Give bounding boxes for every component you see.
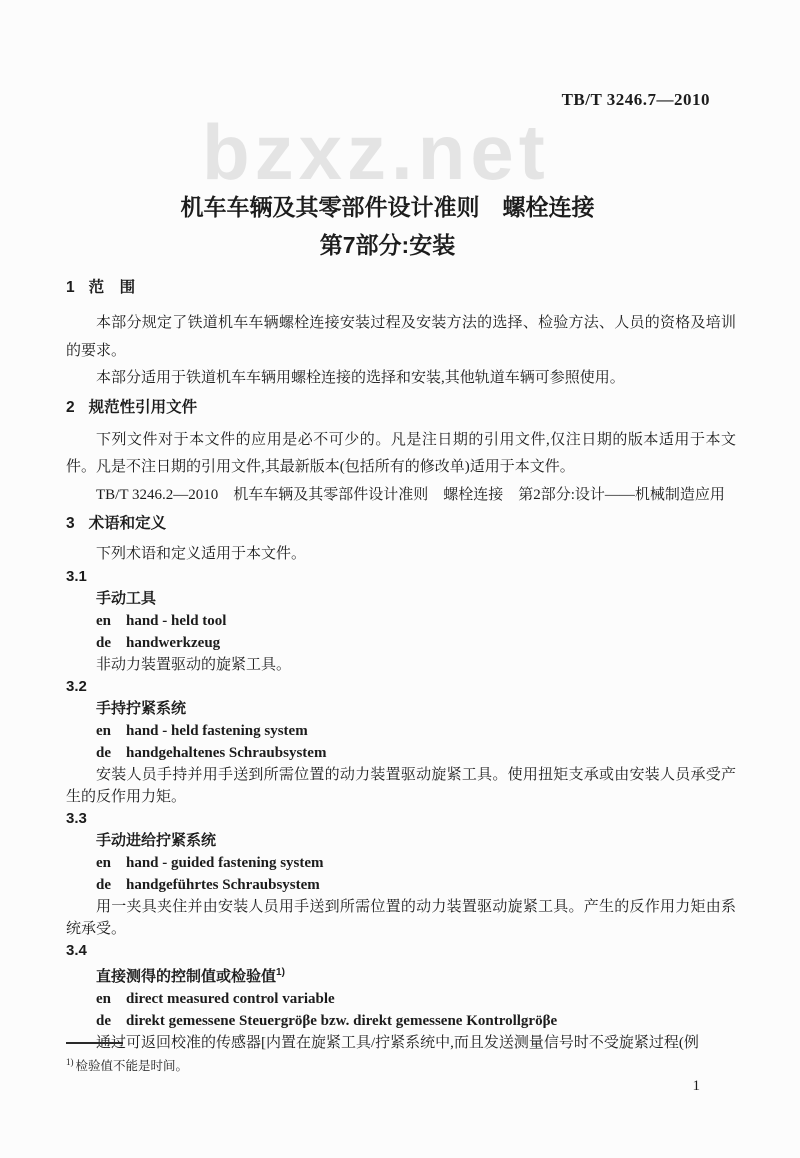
term-id: 3.4 [66, 940, 736, 962]
term-3-1: 3.1 手动工具 enhand - held tool dehandwerkze… [66, 566, 736, 676]
section-2-title: 规范性引用文件 [89, 399, 198, 416]
section-1-heading: 1范 围 [66, 278, 736, 298]
term-3-4: 3.4 直接测得的控制值或检验值1) endirect measured con… [66, 940, 736, 1054]
term-en-line: enhand - held fastening system [66, 720, 736, 742]
section-3-title: 术语和定义 [89, 515, 167, 532]
section-2-reference: TB/T 3246.2—2010 机车车辆及其零部件设计准则 螺栓连接 第2部分… [66, 482, 736, 510]
section-1-paragraph-1: 本部分规定了铁道机车车辆螺栓连接安装过程及安装方法的选择、检验方法、人员的资格及… [66, 310, 736, 365]
term-en-line: enhand - held tool [66, 610, 736, 632]
section-3-heading: 3术语和定义 [66, 514, 736, 534]
term-en-text: hand - held fastening system [126, 723, 308, 739]
term-de-text: handwerkzeug [126, 635, 220, 651]
lang-label-en: en [96, 988, 126, 1010]
section-2-paragraph-1: 下列文件对于本文件的应用是必不可少的。凡是注日期的引用文件,仅注日期的版本适用于… [66, 427, 736, 482]
term-en-text: hand - held tool [126, 613, 226, 629]
term-de-line: dedirekt gemessene Steuergröβe bzw. dire… [66, 1010, 736, 1032]
term-en-line: enhand - guided fastening system [66, 852, 736, 874]
footnote-text: 检验值不能是时间。 [76, 1059, 189, 1073]
lang-label-en: en [96, 852, 126, 874]
term-de-line: dehandgeführtes Schraubsystem [66, 874, 736, 896]
term-en-text: direct measured control variable [126, 991, 335, 1007]
term-de-text: handgehaltenes Schraubsystem [126, 745, 326, 761]
term-de-line: dehandgehaltenes Schraubsystem [66, 742, 736, 764]
term-en-text: hand - guided fastening system [126, 855, 324, 871]
section-1-title: 范 围 [89, 279, 136, 296]
section-1-paragraph-2: 本部分适用于铁道机车车辆用螺栓连接的选择和安装,其他轨道车辆可参照使用。 [66, 365, 736, 393]
lang-label-de: de [96, 1010, 126, 1032]
document-title-line2: 第7部分:安装 [0, 230, 775, 260]
section-3-intro: 下列术语和定义适用于本文件。 [66, 542, 736, 566]
footnote-marker-superscript: 1) [276, 967, 285, 978]
term-definition: 非动力装置驱动的旋紧工具。 [66, 654, 736, 676]
term-definition: 安装人员手持并用手送到所需位置的动力装置驱动旋紧工具。使用扭矩支承或由安装人员承… [66, 764, 736, 808]
lang-label-de: de [96, 742, 126, 764]
term-de-text: handgeführtes Schraubsystem [126, 877, 320, 893]
section-2-number: 2 [66, 398, 75, 418]
term-zh-name: 直接测得的控制值或检验值1) [66, 962, 736, 988]
standard-number: TB/T 3246.7—2010 [562, 89, 710, 111]
footnote-marker: 1) [66, 1057, 74, 1067]
term-de-text: direkt gemessene Steuergröβe bzw. direkt… [126, 1013, 557, 1029]
term-en-line: endirect measured control variable [66, 988, 736, 1010]
lang-label-en: en [96, 720, 126, 742]
term-zh-text: 直接测得的控制值或检验值 [96, 968, 276, 985]
footnote: 1)检验值不能是时间。 [66, 1053, 188, 1075]
term-3-2: 3.2 手持拧紧系统 enhand - held fastening syste… [66, 676, 736, 808]
term-zh-name: 手持拧紧系统 [66, 698, 736, 720]
term-definition: 通过可返回校准的传感器[内置在旋紧工具/拧紧系统中,而且发送测量信号时不受旋紧过… [66, 1032, 736, 1054]
term-zh-name: 手动进给拧紧系统 [66, 830, 736, 852]
document-page: TB/T 3246.7—2010 bzxz.net 机车车辆及其零部件设计准则 … [0, 0, 800, 1158]
term-id: 3.2 [66, 676, 736, 698]
term-zh-name: 手动工具 [66, 588, 736, 610]
document-body: 1范 围 本部分规定了铁道机车车辆螺栓连接安装过程及安装方法的选择、检验方法、人… [66, 278, 736, 1054]
lang-label-de: de [96, 874, 126, 896]
term-id: 3.1 [66, 566, 736, 588]
document-title-line1: 机车车辆及其零部件设计准则 螺栓连接 [0, 192, 775, 222]
lang-label-en: en [96, 610, 126, 632]
term-id: 3.3 [66, 808, 736, 830]
section-1-number: 1 [66, 278, 75, 298]
term-de-line: dehandwerkzeug [66, 632, 736, 654]
section-2-heading: 2规范性引用文件 [66, 398, 736, 418]
page-number: 1 [693, 1078, 701, 1095]
lang-label-de: de [96, 632, 126, 654]
footnote-divider [66, 1042, 123, 1044]
term-definition: 用一夹具夹住并由安装人员用手送到所需位置的动力装置驱动旋紧工具。产生的反作用力矩… [66, 896, 736, 940]
term-3-3: 3.3 手动进给拧紧系统 enhand - guided fastening s… [66, 808, 736, 940]
section-3-number: 3 [66, 514, 75, 534]
watermark-text: bzxz.net [202, 110, 550, 196]
